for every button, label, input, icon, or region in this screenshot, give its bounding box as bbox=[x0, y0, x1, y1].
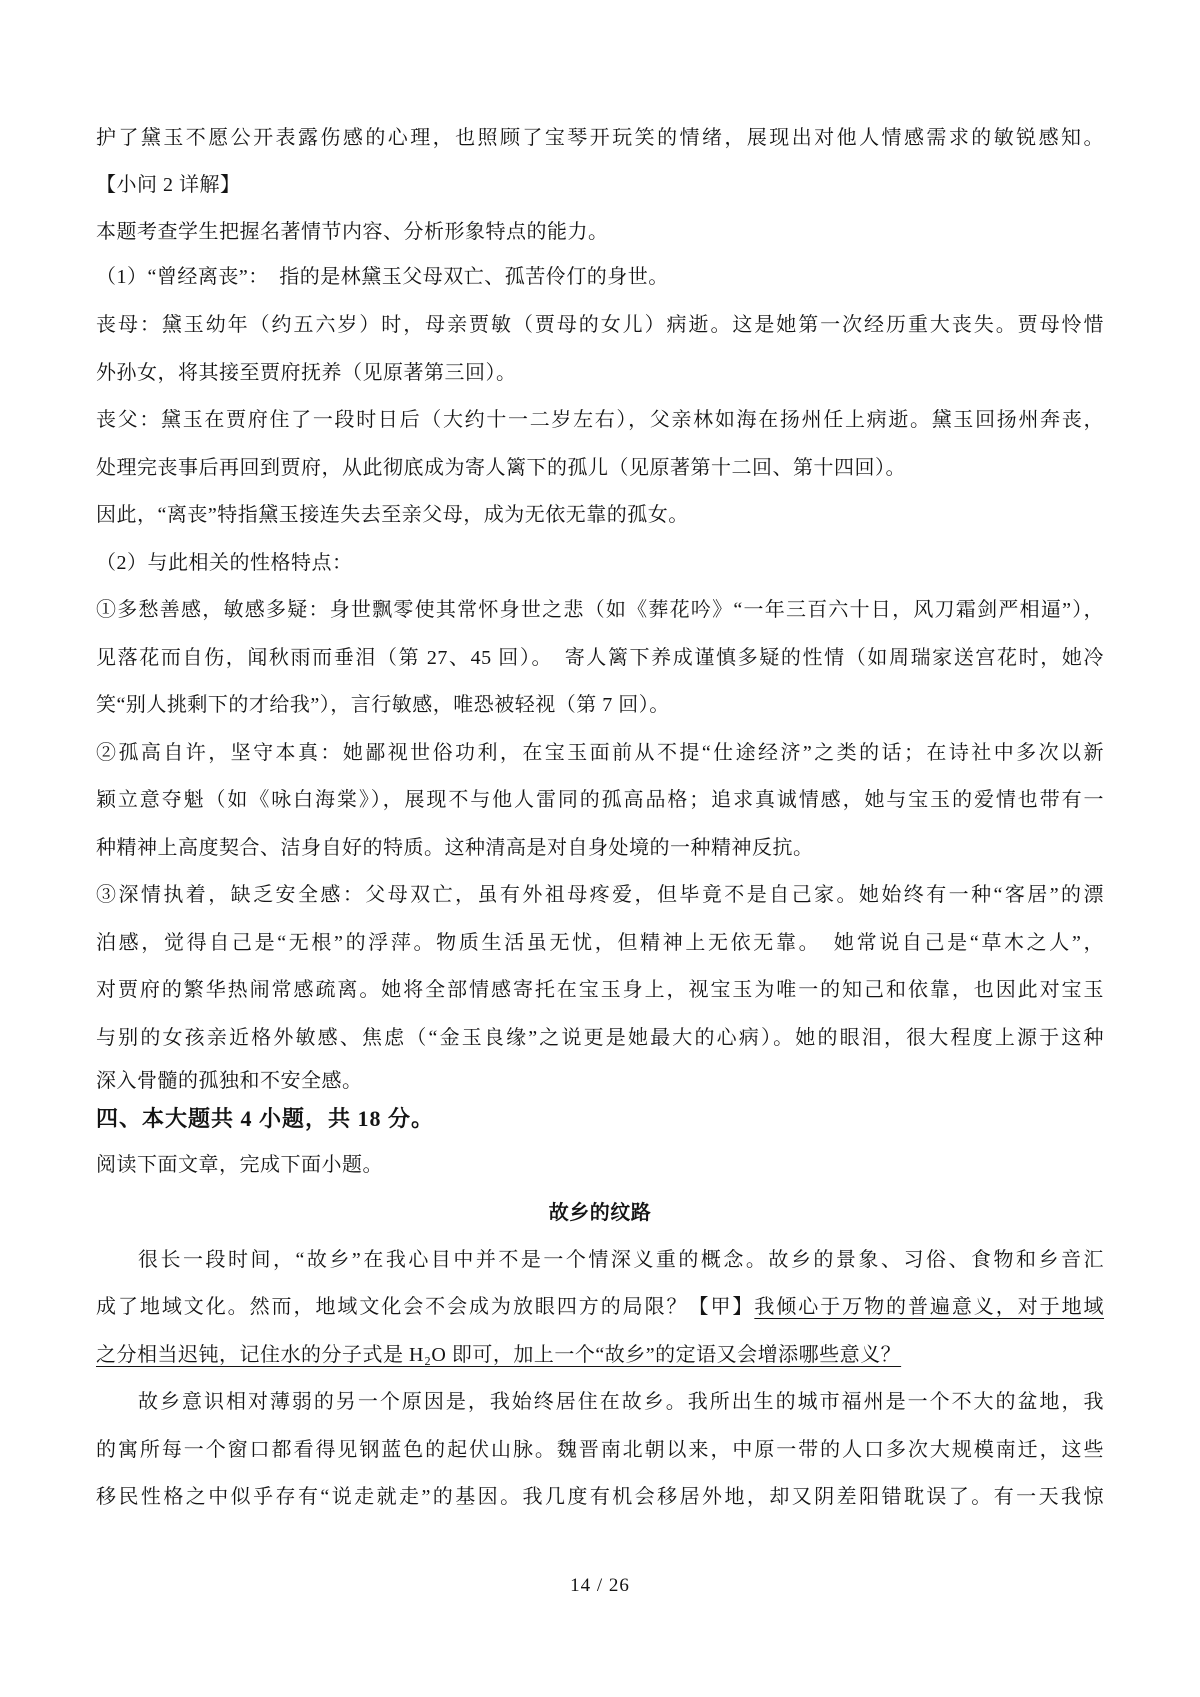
underlined-text: 我倾心于万物的普遍意义，对于地域 bbox=[754, 1296, 1104, 1318]
answer-line: 丧父：黛玉在贾府住了一段时日后（大约十一二岁左右），父亲林如海在扬州任上病逝。黛… bbox=[96, 405, 1104, 435]
answer-line: 种精神上高度契合、洁身自好的特质。这种清高是对自身处境的一种精神反抗。 bbox=[96, 833, 1104, 863]
answer-line: 笑“别人挑剩下的才给我”），言行敏感，唯恐被轻视（第 7 回）。 bbox=[96, 690, 1104, 720]
essay-line: 很长一段时间，“故乡”在我心目中并不是一个情深义重的概念。故乡的景象、习俗、食物… bbox=[96, 1245, 1104, 1275]
answer-line: ③深情执着，缺乏安全感：父母双亡，虽有外祖母疼爱，但毕竟不是自己家。她始终有一种… bbox=[96, 880, 1104, 910]
essay-line: 成了地域文化。然而，地域文化会不会成为放眼四方的局限？【甲】我倾心于万物的普遍意… bbox=[96, 1292, 1104, 1322]
essay-line: 之分相当迟钝，记住水的分子式是 H₂O 即可，加上一个“故乡”的定语又会增添哪些… bbox=[96, 1340, 1104, 1370]
answer-line: 深入骨髓的孤独和不安全感。 bbox=[96, 1066, 1104, 1096]
answer-line: 处理完丧事后再回到贾府，从此彻底成为寄人篱下的孤儿（见原著第十二回、第十四回）。 bbox=[96, 453, 1104, 483]
answer-line: 丧母：黛玉幼年（约五六岁）时，母亲贾敏（贾母的女儿）病逝。这是她第一次经历重大丧… bbox=[96, 310, 1104, 340]
answer-line: 与别的女孩亲近格外敏感、焦虑（“金玉良缘”之说更是她最大的心病）。她的眼泪，很大… bbox=[96, 1023, 1104, 1053]
essay-line: 的寓所每一个窗口都看得见钢蓝色的起伏山脉。魏晋南北朝以来，中原一带的人口多次大规… bbox=[96, 1435, 1104, 1465]
essay-text: 成了地域文化。然而，地域文化会不会成为放眼四方的局限？【甲】 bbox=[96, 1296, 754, 1318]
answer-line: ②孤高自许，坚守本真：她鄙视世俗功利，在宝玉面前从不提“仕途经济”之类的话；在诗… bbox=[96, 738, 1104, 768]
answer-line: 见落花而自伤，闻秋雨而垂泪（第 27、45 回）。 寄人篱下养成谨慎多疑的性情（… bbox=[96, 643, 1104, 673]
page-number: 14 / 26 bbox=[0, 1572, 1200, 1600]
essay-line: 移民性格之中似乎存有“说走就走”的基因。我几度有机会移居外地，却又阴差阳错耽误了… bbox=[96, 1482, 1104, 1512]
underlined-text: 之分相当迟钝，记住水的分子式是 H₂O 即可，加上一个“故乡”的定语又会增添哪些… bbox=[96, 1344, 901, 1366]
answer-line: 护了黛玉不愿公开表露伤感的心理，也照顾了宝琴开玩笑的情绪，展现出对他人情感需求的… bbox=[96, 123, 1104, 153]
section-heading: 四、本大题共 4 小题，共 18 分。 bbox=[96, 1104, 1104, 1134]
answer-line: （2）与此相关的性格特点： bbox=[96, 548, 1104, 578]
answer-line: 因此，“离丧”特指黛玉接连失去至亲父母，成为无依无靠的孤女。 bbox=[96, 500, 1104, 530]
answer-subquestion-label: 【小问 2 详解】 bbox=[96, 170, 1104, 200]
document-page: 护了黛玉不愿公开表露伤感的心理，也照顾了宝琴开玩笑的情绪，展现出对他人情感需求的… bbox=[0, 0, 1200, 1697]
answer-line: 泊感，觉得自己是“无根”的浮萍。物质生活虽无忧，但精神上无依无靠。 她常说自己是… bbox=[96, 928, 1104, 958]
essay-line: 故乡意识相对薄弱的另一个原因是，我始终居住在故乡。我所出生的城市福州是一个不大的… bbox=[96, 1387, 1104, 1417]
answer-line: 本题考查学生把握名著情节内容、分析形象特点的能力。 bbox=[96, 217, 1104, 247]
answer-line: 外孙女，将其接至贾府抚养（见原著第三回）。 bbox=[96, 358, 1104, 388]
answer-line: （1）“曾经离丧”： 指的是林黛玉父母双亡、孤苦伶仃的身世。 bbox=[96, 262, 1104, 292]
essay-title: 故乡的纹路 bbox=[96, 1198, 1104, 1228]
answer-line: ①多愁善感，敏感多疑：身世飘零使其常怀身世之悲（如《葬花吟》“一年三百六十日，风… bbox=[96, 595, 1104, 625]
answer-line: 颖立意夺魁（如《咏白海棠》），展现不与他人雷同的孤高品格；追求真诚情感，她与宝玉… bbox=[96, 785, 1104, 815]
answer-line: 对贾府的繁华热闹常感疏离。她将全部情感寄托在宝玉身上，视宝玉为唯一的知己和依靠，… bbox=[96, 975, 1104, 1005]
section-instruction: 阅读下面文章，完成下面小题。 bbox=[96, 1150, 1104, 1180]
